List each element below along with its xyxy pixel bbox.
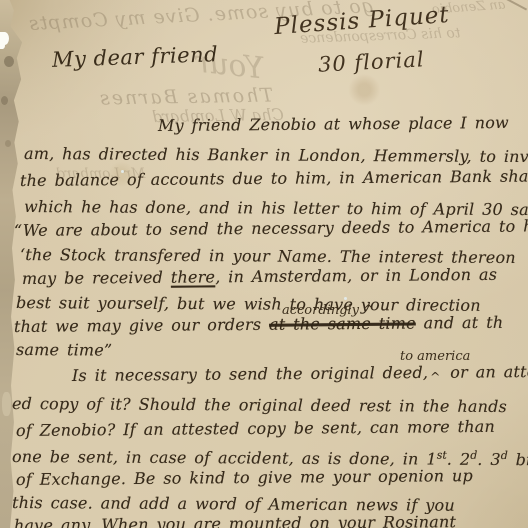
interlinear-insertion: to america [400,349,470,364]
letter-line: am, has directed his Banker in London, H… [24,144,528,166]
ordinal-superscript: d [501,449,508,462]
insertion-caret: ^ [430,370,440,384]
line-text: that we may give our orders [14,315,269,336]
line-text: bil [508,450,528,469]
edge-crease [2,392,11,416]
letter-line: have any. When you are mounted on your R… [14,512,456,528]
interlinear-insertion: accordingly ^ [282,303,374,318]
ordinal-superscript: st [437,449,447,462]
letter-line: the balance of accounts due to him, in A… [20,166,528,190]
edge-stain [5,140,11,147]
letter-line: same time” [16,340,112,360]
line-text: may be received [22,268,171,288]
letter-line: that we may give our orders at the same … [14,313,503,336]
line-text: one be sent, in case of accident, as is … [12,447,437,469]
edge-stain [4,56,14,67]
underlined-word: there [171,267,215,286]
letter-line: ‘the Stock transfered in your Name. The … [20,245,516,267]
letter-line: “We are about to send the necessary deed… [14,216,528,240]
letter-salutation: My dear friend [52,42,219,72]
line-text: , in Amsterdam, or in London as [215,265,497,286]
letter-line: best suit yourself, but we wish to have … [16,293,481,315]
letter-line: My friend Zenobio at whose place I now [158,113,509,135]
line-text: . 3 [477,450,501,469]
letter-line: of Exchange. Be so kind to give me your … [16,466,473,489]
line-text: and at th [416,313,504,333]
letter-line: may be received there, in Amsterdam, or … [22,265,497,288]
line-text: or an attest [442,362,528,382]
letter-line: this case. and add a word of American ne… [12,493,455,515]
letter-line: of Zenobio? If an attested copy be sent,… [16,417,495,440]
edge-stain [1,96,8,105]
manuscript-page: go to buy some. Give my Compts to his Co… [0,0,528,528]
letter-date: 30 florial [317,47,425,77]
line-text: Is it necessary to send the original dee… [72,363,428,385]
paper-chip [0,42,5,49]
letter-line: Is it necessary to send the original dee… [72,362,528,387]
letter-line: ed copy of it? Should the original deed … [12,394,507,416]
letter-line: which he has done, and in his letter to … [24,197,528,219]
corner-ink-mark [505,0,527,11]
